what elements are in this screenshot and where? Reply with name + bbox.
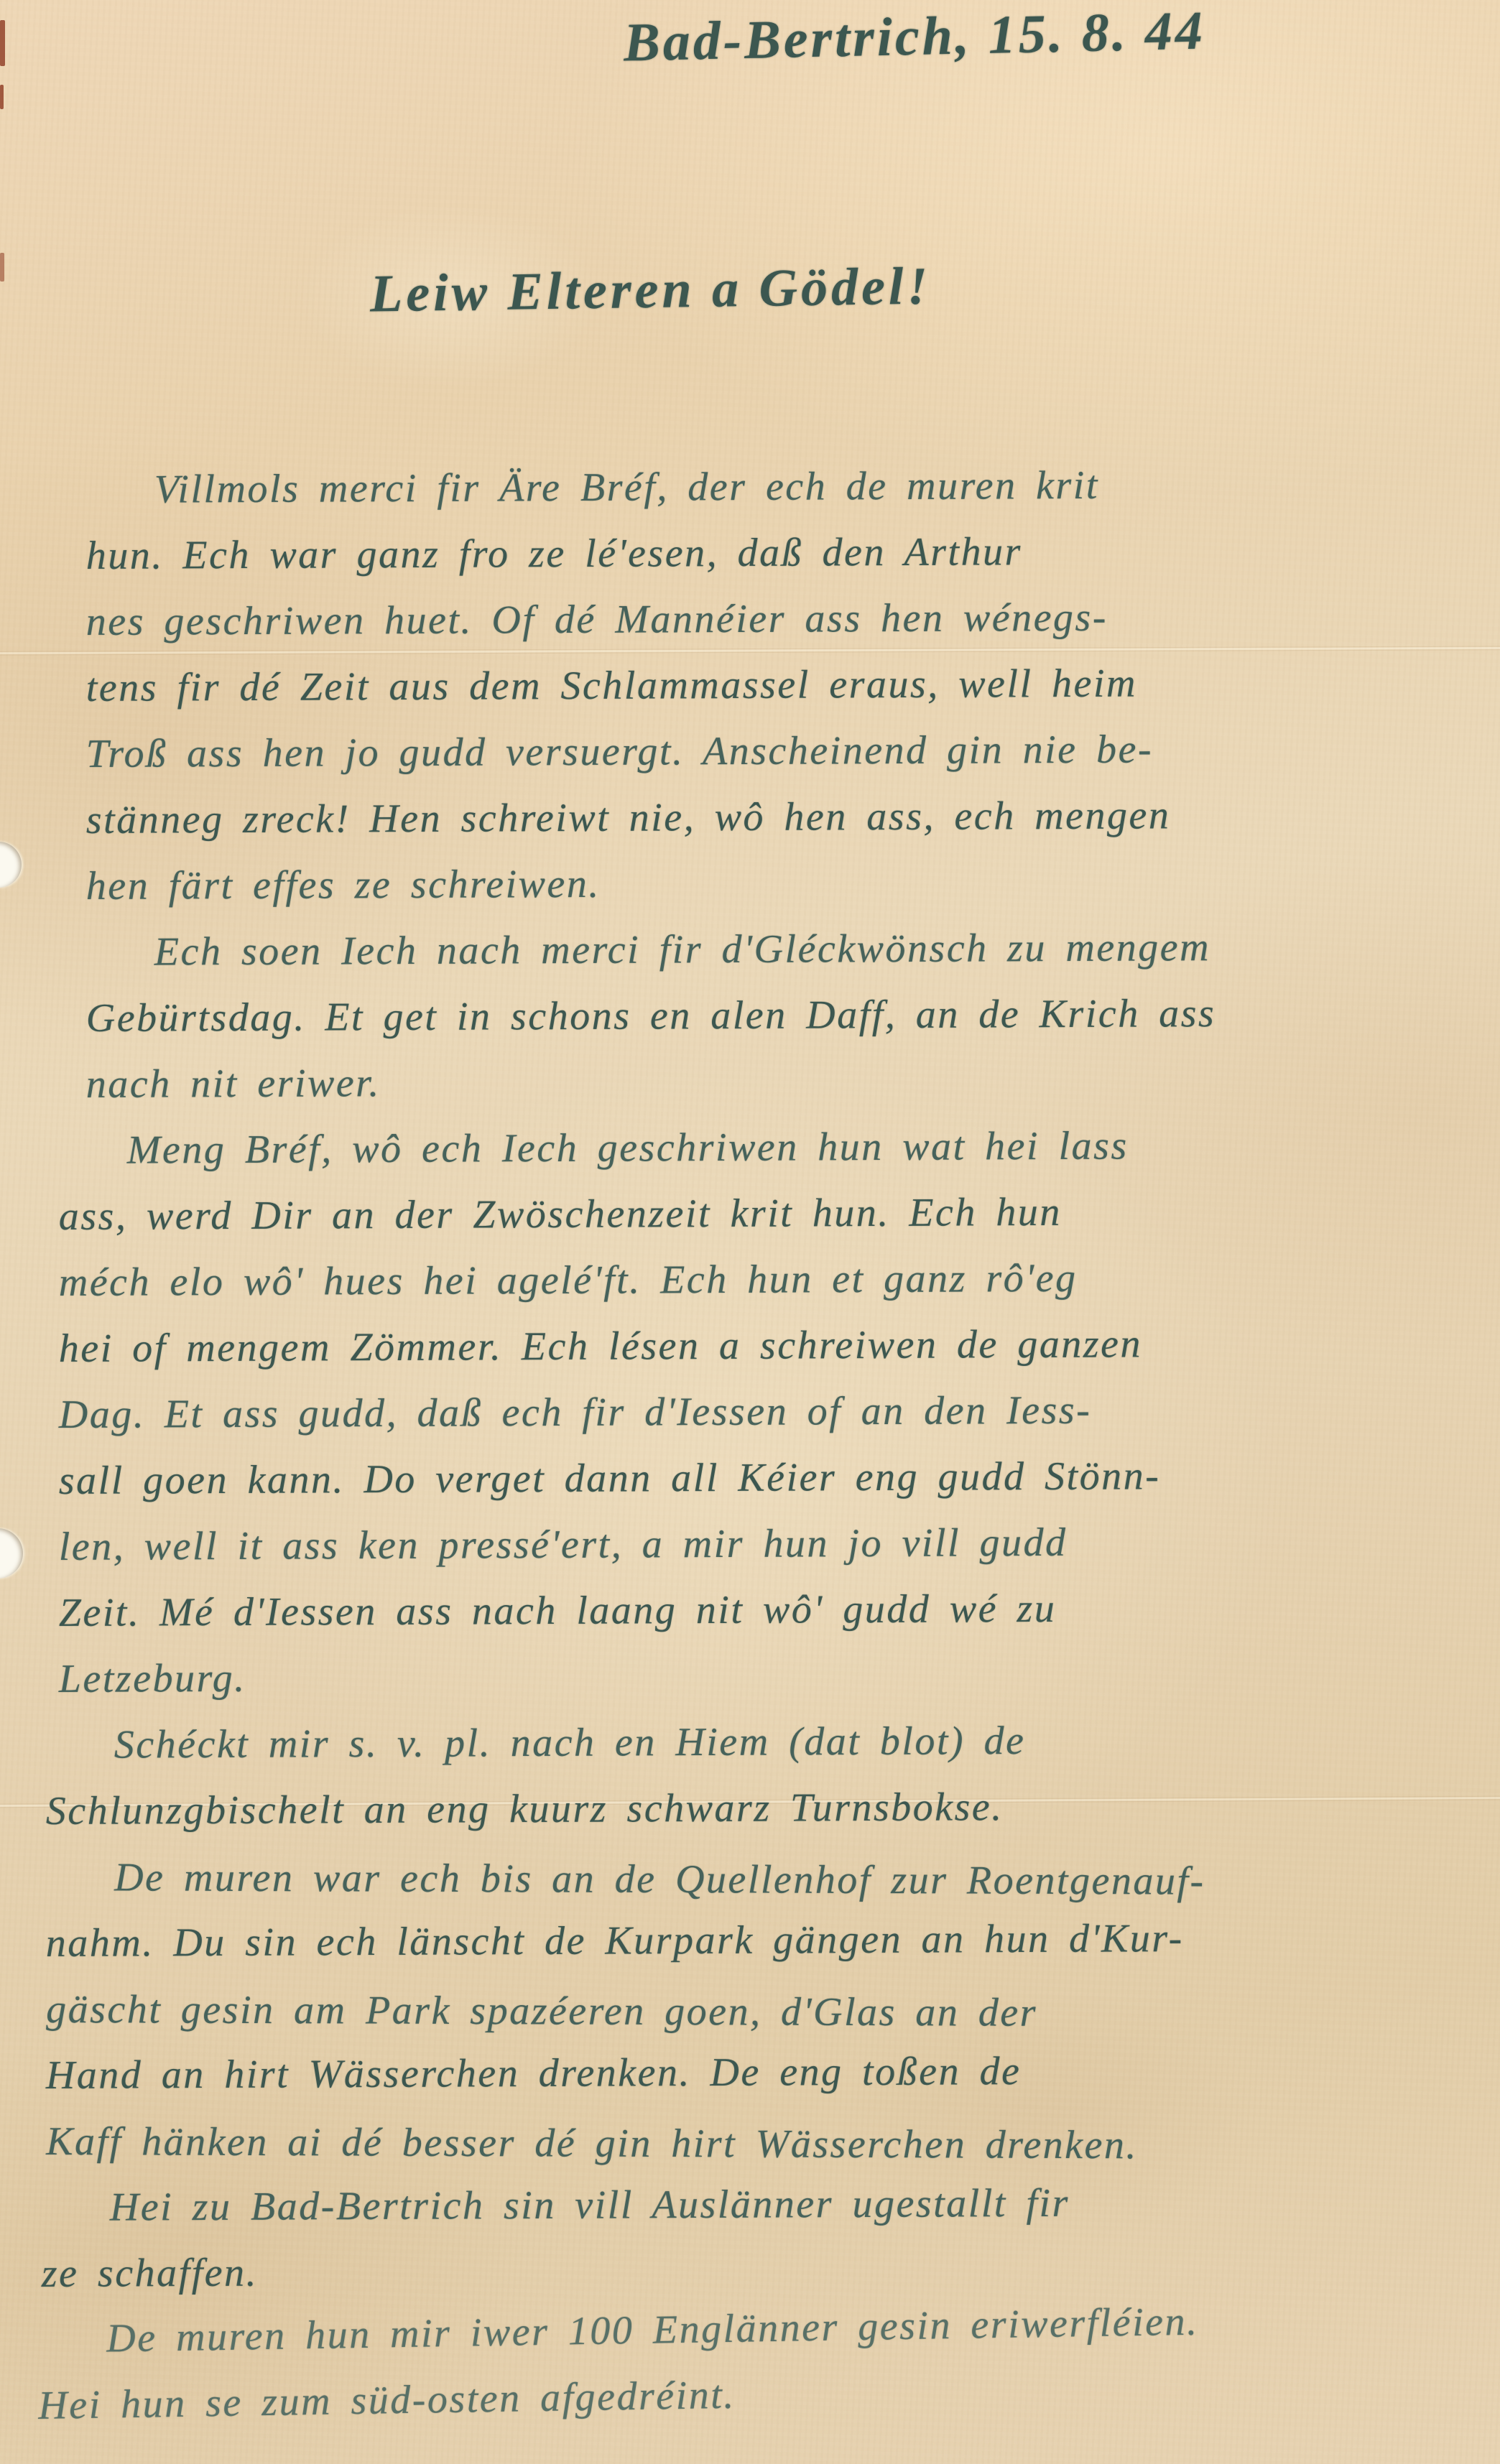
letter-line: nahm. Du sin ech länscht de Kurpark gäng… — [46, 1904, 1489, 1976]
letter-line: Schlunzgbischelt an eng kuurz schwarz Tu… — [46, 1772, 1489, 1844]
punch-hole — [0, 1528, 23, 1579]
letter-line: hun. Ech war ganz fro ze lé'esen, daß de… — [86, 516, 1489, 589]
letter-line: Ech soen Iech nach merci fir d'Gléckwöns… — [86, 913, 1489, 985]
letter-page: Bad-Bertrich, 15. 8. 44 Leiw Elteren a G… — [0, 0, 1500, 2464]
letter-line: Zeit. Mé d'Iessen ass nach laang nit wô'… — [59, 1573, 1489, 1646]
letter-line: ass, werd Dir an der Zwöschenzeit krit h… — [59, 1177, 1489, 1250]
letter-line: Hei zu Bad-Bertrich sin vill Auslänner u… — [42, 2168, 1489, 2241]
letter-paragraph: Meng Bréf, wô ech Iech geschriwen hun wa… — [34, 1117, 1489, 1712]
letter-line: Troß ass hen jo gudd versuergt. Anschein… — [86, 715, 1489, 787]
letter-line: méch elo wô' hues hei agelé'ft. Ech hun … — [59, 1243, 1489, 1316]
letter-dateline: Bad-Bertrich, 15. 8. 44 — [623, 0, 1205, 74]
letter-paragraph: Schéckt mir s. v. pl. nach en Hiem (dat … — [34, 1712, 1489, 1844]
edge-mark — [0, 85, 4, 109]
letter-paragraph: Villmols merci fir Äre Bréf, der ech de … — [34, 457, 1489, 919]
letter-paragraph: Ech soen Iech nach merci fir d'Gléckwöns… — [34, 919, 1489, 1117]
letter-paragraph: De muren hun mir iwer 100 Englänner gesi… — [34, 2307, 1489, 2439]
letter-line: hei of mengem Zömmer. Ech lésen a schrei… — [59, 1309, 1489, 1382]
punch-hole — [0, 842, 22, 888]
letter-line: hen färt effes ze schreiwen. — [86, 847, 1489, 919]
letter-line: tens fir dé Zeit aus dem Schlammassel er… — [86, 648, 1489, 721]
edge-mark — [0, 20, 5, 66]
letter-line: Dag. Et ass gudd, daß ech fir d'Iessen o… — [59, 1375, 1489, 1448]
letter-line: nach nit eriwer. — [86, 1045, 1489, 1117]
letter-line: Schéckt mir s. v. pl. nach en Hiem (dat … — [46, 1706, 1489, 1778]
letter-line: Hand an hirt Wässerchen drenken. De eng … — [46, 2036, 1489, 2109]
letter-paragraph: De muren war ech bis an de Quellenhof zu… — [34, 1844, 1489, 2175]
letter-line: Letzeburg. — [59, 1640, 1489, 1712]
letter-line: len, well it ass ken pressé'ert, a mir h… — [59, 1507, 1489, 1580]
edge-mark — [0, 253, 4, 282]
letter-line: Villmols merci fir Äre Bréf, der ech de … — [86, 450, 1489, 523]
letter-line: Gebürtsdag. Et get in schons en alen Daf… — [86, 979, 1489, 1051]
letter-line: sall goen kann. Do verget dann all Kéier… — [59, 1441, 1489, 1514]
letter-salutation: Leiw Elteren a Gödel! — [369, 256, 931, 325]
letter-line: nes geschriwen huet. Of dé Mannéier ass … — [86, 582, 1489, 655]
letter-body: Villmols merci fir Äre Bréf, der ech de … — [34, 457, 1489, 2439]
letter-line: Meng Bréf, wô ech Iech geschriwen hun wa… — [59, 1111, 1489, 1184]
letter-line: stänneg zreck! Hen schreiwt nie, wô hen … — [86, 781, 1489, 853]
